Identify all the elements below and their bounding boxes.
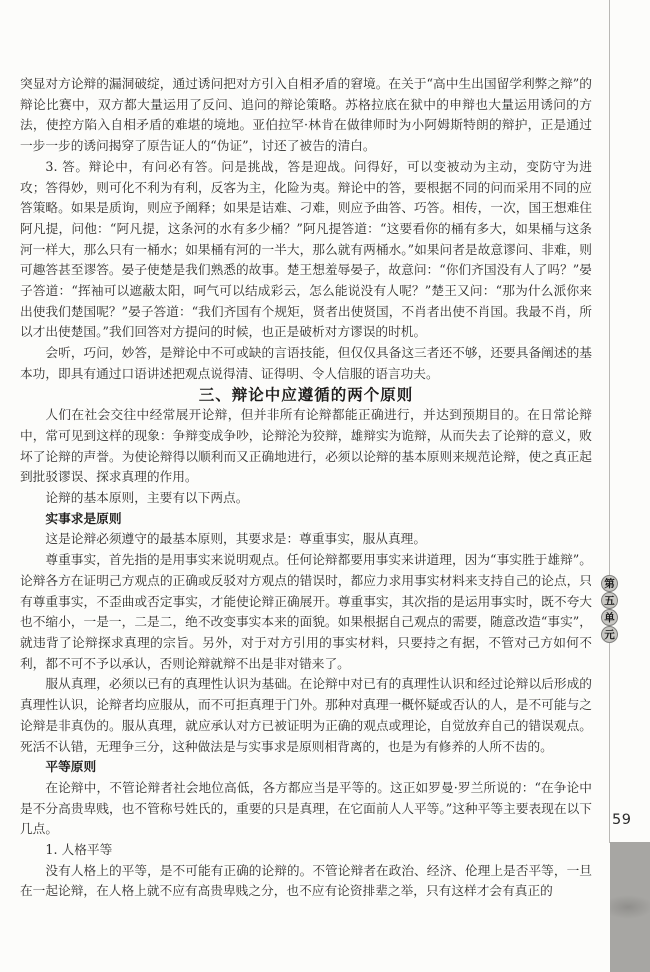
body-paragraph: 尊重事实，首先指的是用事实来说明观点。任何论辩都要用事实来讲道理，因为“事实胜于… — [20, 550, 592, 674]
body-paragraph: 人们在社会交往中经常展开论辩，但并非所有论辩都能正确进行，并达到预期目的。在日常… — [20, 405, 592, 488]
body-paragraph: 服从真理，必须以已有的真理性认识为基础。在论辩中对已有的真理性认识和经过论辩以后… — [20, 674, 592, 757]
unit-tab-char: 第 — [601, 575, 618, 592]
principle-heading: 平等原则 — [20, 757, 592, 778]
body-paragraph: 3. 答。辩论中，有问必有答。问是挑战，答是迎战。问得好，可以变被动为主动，变防… — [20, 157, 592, 343]
page-body: 突显对方论辩的漏洞破绽，通过诱问把对方引入自相矛盾的窘境。在关于“高中生出国留学… — [20, 74, 592, 902]
textbook-page: 突显对方论辩的漏洞破绽，通过诱问把对方引入自相矛盾的窘境。在关于“高中生出国留学… — [0, 0, 650, 972]
body-paragraph: 在论辩中，不管论辩者社会地位高低，各方都应当是平等的。这正如罗曼·罗兰所说的：“… — [20, 778, 592, 840]
body-paragraph: 突显对方论辩的漏洞破绽，通过诱问把对方引入自相矛盾的窘境。在关于“高中生出国留学… — [20, 74, 592, 157]
body-paragraph: 论辩的基本原则，主要有以下两点。 — [20, 488, 592, 509]
body-paragraph: 会听，巧问，妙答，是辩论中不可或缺的言语技能，但仅仅具备这三者还不够，还要具备阐… — [20, 343, 592, 384]
body-paragraph: 没有人格上的平等，是不可能有正确的论辩的。不管论辩者在政治、经济、伦理上是否平等… — [20, 861, 592, 902]
principle-heading: 实事求是原则 — [20, 509, 592, 530]
unit-tab-char: 单 — [601, 609, 618, 626]
unit-tab-char: 元 — [601, 626, 618, 643]
section-heading: 三、辩论中应遵循的两个原则 — [20, 385, 592, 406]
page-number: 59 — [612, 812, 631, 828]
body-paragraph: 这是论辩必须遵守的最基本原则，其要求是：尊重事实，服从真理。 — [20, 529, 592, 550]
numbered-subheading: 1. 人格平等 — [20, 840, 592, 861]
margin-divider-line — [609, 0, 610, 843]
page-edge-tab — [610, 842, 650, 972]
unit-tab-char: 五 — [601, 592, 618, 609]
